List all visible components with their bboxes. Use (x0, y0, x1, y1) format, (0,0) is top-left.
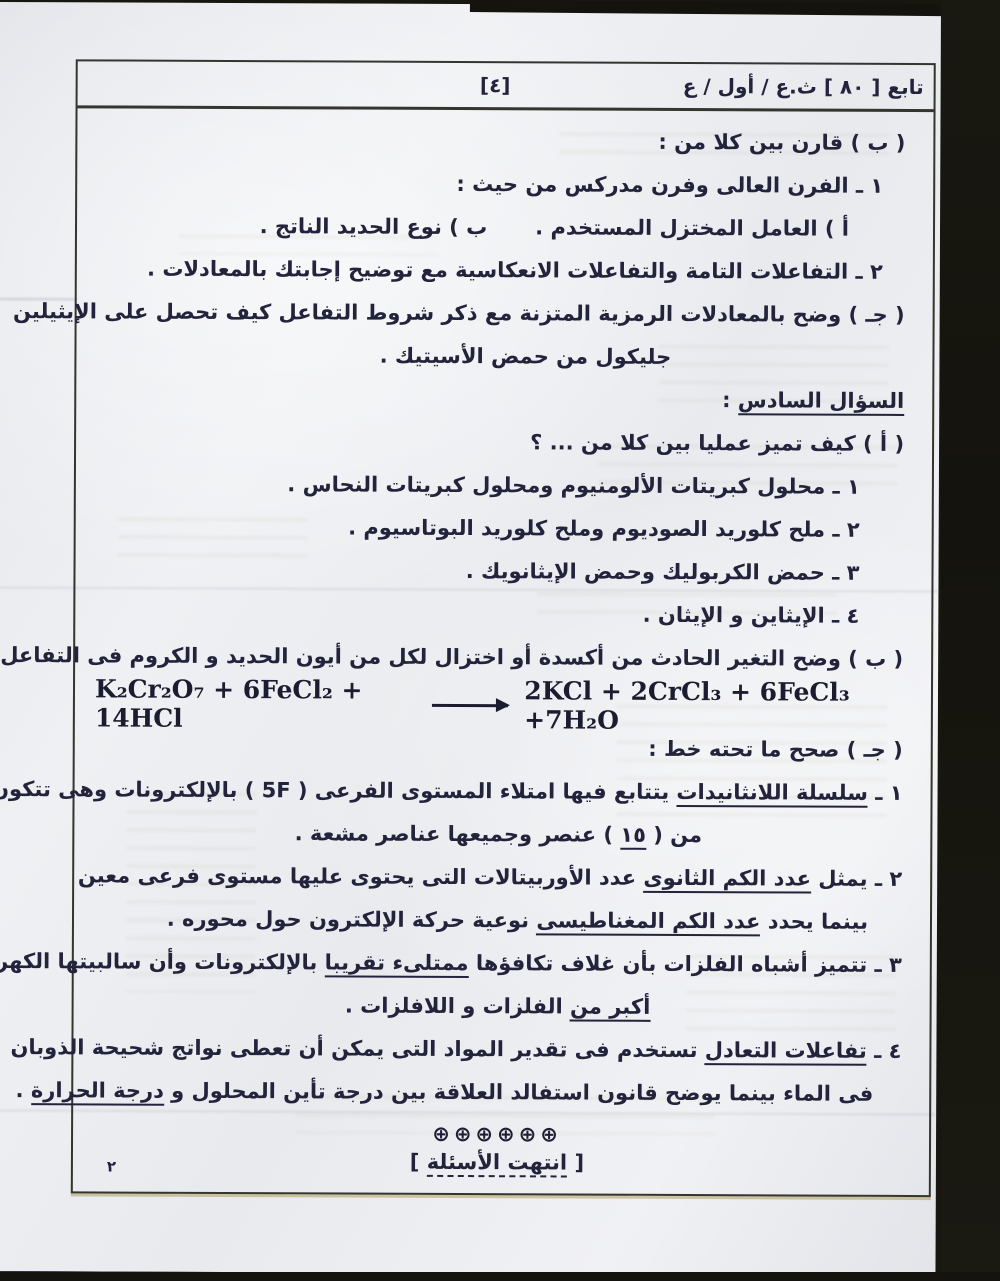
q6-part-a-heading: ( أ ) كيف تميز عمليا بين كلا من ... ؟ (96, 425, 904, 459)
q6-part-c-heading: ( جـ ) صحح ما تحته خط : (95, 731, 903, 765)
q6-part-b-heading: ( ب ) وضح التغير الحادث من أكسدة أو اختز… (95, 640, 903, 674)
compare-sub-b: ب ) نوع الحديد الناتج . (260, 211, 488, 242)
q6-part-a-item-2: ٢ ـ ملح كلوريد الصوديوم وملح كلوريد البو… (96, 511, 904, 545)
exam-course-reference: تابع [ ٨٠ ] ث.ع / أول / ع (683, 64, 924, 109)
q6-part-c-item-4-line-1: ٤ ـ تفاعلات التعادل تستخدم فى تقدير المو… (93, 1032, 901, 1066)
reaction-arrow-icon (432, 703, 508, 706)
scan-edge-right (941, 0, 1000, 1281)
q6-part-c-item-2-line-1: ٢ ـ يمثل عدد الكم الثانوى عدد الأوربيتال… (94, 860, 902, 894)
end-of-questions-note: [ انتهت الأسئلة ] (93, 1145, 901, 1179)
q6-part-a-item-1: ١ ـ محلول كبريتات الألومنيوم ومحلول كبري… (96, 468, 904, 502)
exam-page-marker: [٤] (480, 63, 511, 107)
equation-reactants: K₂Cr₂O₇ + 6FeCl₂ + 14HCl (95, 674, 417, 733)
q6-part-c-item-2-line-2: بينما يحدد عدد الكم المغناطيسى نوعية حرك… (94, 903, 902, 937)
exam-header: تابع [ ٨٠ ] ث.ع / أول / ع [٤] (78, 61, 934, 112)
scanned-paper-sheet: تابع [ ٨٠ ] ث.ع / أول / ع [٤] ( ب ) قارن… (0, 2, 941, 1278)
q6-part-c-item-3-line-1: ٣ ـ تتميز أشباه الفلزات بأن غلاف تكافؤها… (94, 946, 902, 980)
end-ornaments: ⊕⊕⊕⊕⊕⊕ (93, 1119, 901, 1149)
compare-section-heading: ( ب ) قارن بين كلا من : (97, 124, 905, 158)
chemical-equation: K₂Cr₂O₇ + 6FeCl₂ + 14HCl 2KCl + 2CrCl₃ +… (95, 683, 903, 727)
q6-part-c-item-1-line-2: من ( ١٥ ) عنصر وجميعها عناصر مشعة . (94, 817, 902, 851)
compare-item-1: ١ ـ الفرن العالى وفرن مدركس من حيث : (97, 167, 905, 201)
compare-item-1-subitems: أ ) العامل المختزل المستخدم . ب ) نوع ال… (97, 210, 905, 244)
exam-body: ( ب ) قارن بين كلا من : ١ ـ الفرن العالى… (73, 108, 934, 1179)
q6-part-c-item-3-line-2: أكبر من الفلزات و اللافلزات . (94, 989, 902, 1023)
equations-task-line-2: جليكول من حمض الأسيتيك . (96, 339, 904, 373)
page-number: ٢ (107, 1157, 116, 1175)
q6-part-a-item-4: ٤ ـ الإيثاين و الإيثان . (95, 597, 903, 631)
q6-part-a-item-3: ٣ ـ حمض الكربوليك وحمض الإيثانويك . (95, 554, 903, 588)
question-6-title: السؤال السادس : (96, 382, 904, 416)
equation-products: 2KCl + 2CrCl₃ + 6FeCl₃ +7H₂O (524, 676, 903, 736)
question-sheet-frame: تابع [ ٨٠ ] ث.ع / أول / ع [٤] ( ب ) قارن… (71, 59, 936, 1197)
scanned-exam-screenshot: { "ink_color": "#23233c", "paper_color":… (0, 0, 1000, 1281)
compare-sub-a: أ ) العامل المختزل المستخدم . (535, 212, 849, 243)
equations-task-line-1: ( جـ ) وضح بالمعادلات الرمزية المتزنة مع… (97, 296, 905, 330)
q6-part-c-item-1-line-1: ١ ـ سلسلة اللانثانيدات يتتابع فيها امتلا… (94, 774, 902, 808)
compare-item-2: ٢ ـ التفاعلات التامة والتفاعلات الانعكاس… (97, 253, 905, 287)
scan-edge-bottom (0, 1272, 1000, 1281)
q6-part-c-item-4-line-2: فى الماء بينما يوضح قانون استفالد العلاق… (93, 1075, 901, 1109)
